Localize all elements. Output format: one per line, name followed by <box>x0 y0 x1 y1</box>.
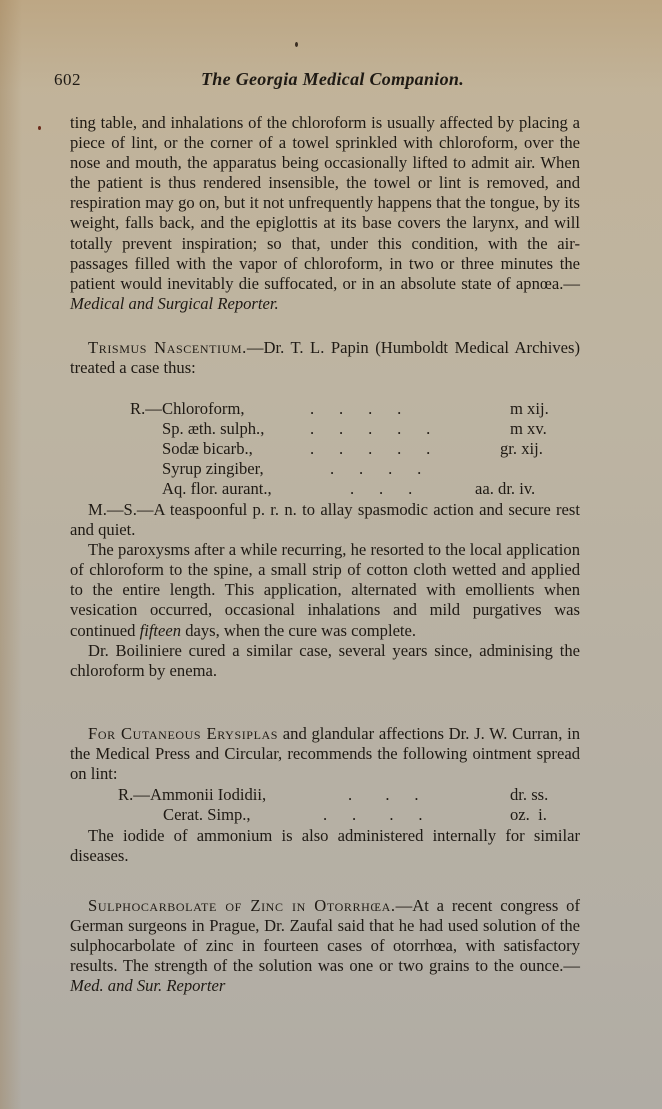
section-heading-trismus: Trismus Nascentium. <box>88 338 247 357</box>
rx-dots: . . . . . <box>310 439 430 459</box>
rx-item: Sp. æth. sulph., <box>162 419 264 439</box>
running-title: The Georgia Medical Companion. <box>201 69 464 90</box>
prescription-row: Sodæ bicarb., . . . . . gr. xij. <box>130 439 560 459</box>
continued-paragraph: ting table, and inhalations of the chlor… <box>70 113 580 314</box>
rx-item: Sodæ bicarb., <box>162 439 253 459</box>
erysiplas-closing-text: The iodide of ammonium is also administe… <box>70 826 580 866</box>
ink-speck <box>295 42 298 47</box>
trismus-para3: Dr. Boiliniere cured a similar case, sev… <box>70 641 580 681</box>
rx-dots: . . . . <box>323 805 423 825</box>
page-edge-shadow <box>0 0 22 1109</box>
rx-item: Syrup zingiber, <box>162 459 264 479</box>
continued-text: ting table, and inhalations of the chlor… <box>70 113 580 293</box>
page-header: 602 The Georgia Medical Companion. <box>54 70 614 96</box>
rx-dose: gr. xij. <box>500 439 543 459</box>
erysiplas-intro: For Cutaneous Erysiplas and glandular af… <box>70 724 580 784</box>
rx-item: Ammonii Iodidii, <box>150 785 266 805</box>
source-citation: Medical and Surgical Reporter. <box>70 294 279 313</box>
section-heading-erysiplas: For Cutaneous Erysiplas <box>88 724 278 743</box>
rx-prefix: R.— <box>130 399 162 419</box>
trismus-para2-end: days, when the cure was complete. <box>181 621 416 640</box>
rx-item: Aq. flor. aurant., <box>162 479 272 499</box>
rx-dots: . . . <box>348 785 419 805</box>
rx-dots: . . . . <box>310 399 401 419</box>
rx-prefix: R.— <box>118 785 150 805</box>
section-heading-sulphocarbolate: Sulphocarbolate of Zinc in Otorrhœa. <box>88 896 396 915</box>
rx-item: Chloroform, <box>162 399 245 419</box>
prescription-row: R.— Ammonii Iodidii, . . . dr. ss. <box>118 785 558 805</box>
page-number: 602 <box>54 70 81 90</box>
rx-item: Cerat. Simp., <box>163 805 251 825</box>
rx-dots: . . . . <box>330 459 421 479</box>
rx-dose: m xij. <box>510 399 549 419</box>
rx-dose: m xv. <box>510 419 547 439</box>
emphasis-fifteen: fifteen <box>140 621 181 640</box>
trismus-prescription: R.— Chloroform, . . . . m xij. Sp. æth. … <box>130 399 560 499</box>
sulphocarbolate-paragraph: Sulphocarbolate of Zinc in Otorrhœa.—At … <box>70 896 580 996</box>
erysiplas-closing: The iodide of ammonium is also administe… <box>70 826 580 866</box>
trismus-directions: M.—S.—A teaspoonful p. r. n. to allay sp… <box>70 500 580 540</box>
rx-dose: dr. ss. <box>510 785 548 805</box>
rx-dose: oz. i. <box>510 805 547 825</box>
prescription-row: Sp. æth. sulph., . . . . . m xv. <box>130 419 560 439</box>
prescription-row: Aq. flor. aurant., . . . aa. dr. iv. <box>130 479 560 499</box>
rx-dots: . . . <box>350 479 412 499</box>
source-citation: Med. and Sur. Reporter <box>70 976 225 995</box>
erysiplas-prescription: R.— Ammonii Iodidii, . . . dr. ss. Cerat… <box>118 785 558 825</box>
prescription-row: R.— Chloroform, . . . . m xij. <box>130 399 560 419</box>
rx-dots: . . . . . <box>310 419 430 439</box>
rx-dose: aa. dr. iv. <box>475 479 535 499</box>
trismus-intro: Trismus Nascentium.—Dr. T. L. Papin (Hum… <box>70 338 580 378</box>
trismus-body: M.—S.—A teaspoonful p. r. n. to allay sp… <box>70 500 580 681</box>
ink-speck <box>38 126 41 130</box>
prescription-row: Syrup zingiber, . . . . <box>130 459 560 479</box>
prescription-row: Cerat. Simp., . . . . oz. i. <box>118 805 558 825</box>
